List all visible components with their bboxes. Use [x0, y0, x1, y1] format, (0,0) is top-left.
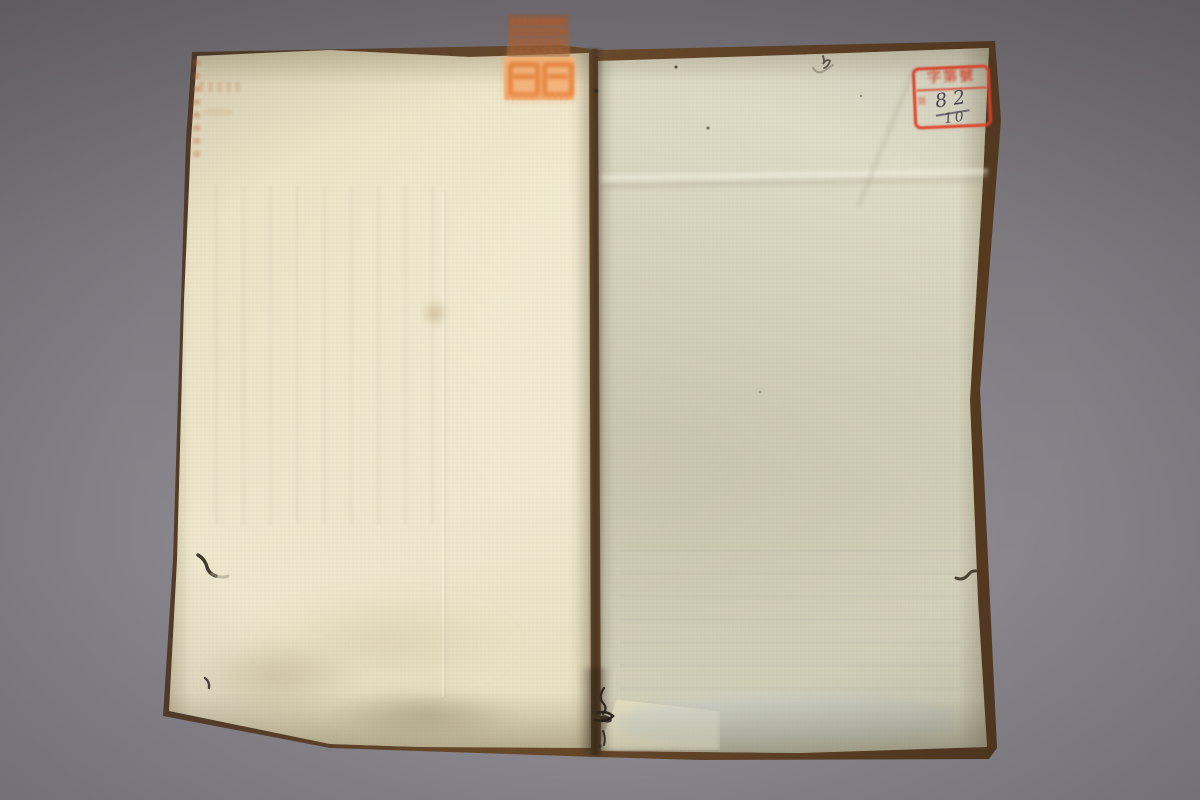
left-page-smudge: [250, 595, 520, 690]
seal-residue-strip: [193, 60, 200, 160]
label-text-row: [511, 18, 566, 25]
faded-seal-residue: [191, 60, 249, 162]
seal-residue-bar: [199, 82, 243, 92]
label-text-row: [511, 48, 566, 53]
photo-stage: 字第號 號 82 10: [0, 0, 1200, 800]
gutter-shadow: [577, 48, 613, 755]
label-text-row: [511, 39, 566, 46]
left-page-smudge: [422, 300, 448, 326]
accession-stamp-no-label: 號: [917, 94, 927, 107]
wrapover-label: [504, 14, 574, 100]
seal-residue-blob: [203, 108, 233, 116]
accession-stamp-header: 字第號: [917, 67, 986, 88]
handwritten-number-bottom: 10: [943, 109, 967, 128]
label-text-row: [511, 28, 566, 35]
left-page-smudge: [330, 688, 520, 740]
accession-stamp: 字第號 號 82 10: [912, 64, 993, 129]
label-seal-glyph: [542, 62, 574, 97]
pencil-check-mark: [806, 48, 846, 82]
gutter-shadow-bottom: [580, 668, 610, 756]
right-page-showthrough-rows: [620, 540, 960, 690]
wrapover-label-lower: [504, 57, 574, 100]
left-page-showthrough-columns: [215, 185, 450, 525]
wrapover-label-upper: [507, 14, 570, 57]
label-seal-glyph: [508, 62, 540, 97]
label-digit-row: [506, 93, 572, 99]
